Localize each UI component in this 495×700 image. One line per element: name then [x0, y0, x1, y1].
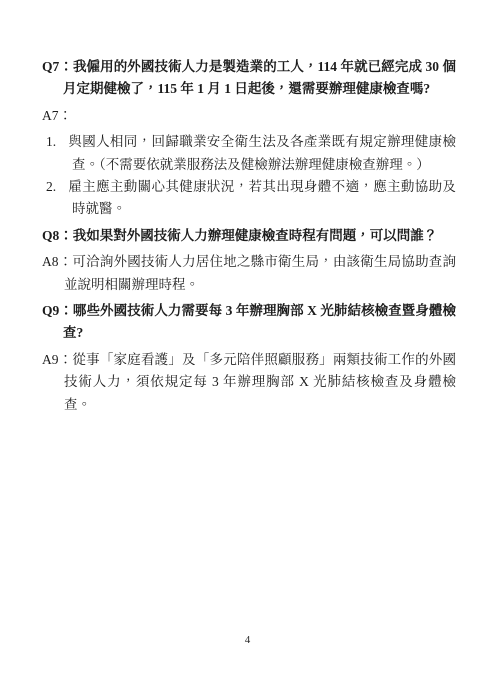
- qa-section-q7: Q7：我僱用的外國技術人力是製造業的工人，114 年就已經完成 30 個月定期健…: [42, 56, 456, 221]
- list-item-text: 雇主應主動關心其健康狀況，若其出現身體不適，應主動協助及時就醫。: [68, 179, 456, 216]
- answer-paragraph-a7: A7：: [42, 105, 456, 127]
- qa-section-q9: Q9：哪些外國技術人力需要每 3 年辦理胸部 X 光肺結核檢查暨身體檢查? A9…: [42, 300, 456, 416]
- page-content: Q7：我僱用的外國技術人力是製造業的工人，114 年就已經完成 30 個月定期健…: [42, 56, 456, 420]
- qa-section-q8: Q8：我如果對外國技術人力辦理健康檢查時程有問題，可以問誰？ A8：可洽詢外國技…: [42, 225, 456, 296]
- list-item: 1.與國人相同，回歸職業安全衛生法及各產業既有規定辦理健康檢查。（不需要依就業服…: [46, 131, 456, 176]
- answer-label-a7: A7：: [42, 108, 72, 123]
- answer-paragraph-a8: A8：可洽詢外國技術人力居住地之縣市衛生局，由該衛生局協助查詢並說明相關辦理時程…: [42, 251, 456, 296]
- page-number: 4: [0, 634, 495, 646]
- question-paragraph-q9: Q9：哪些外國技術人力需要每 3 年辦理胸部 X 光肺結核檢查暨身體檢查?: [42, 300, 456, 345]
- question-text-q8: 我如果對外國技術人力辦理健康檢查時程有問題，可以問誰？: [73, 228, 438, 243]
- question-label-q9: Q9：: [42, 303, 73, 318]
- answer-text-a8: 可洽詢外國技術人力居住地之縣市衛生局，由該衛生局協助查詢並說明相關辦理時程。: [64, 254, 456, 291]
- list-item-marker: 2.: [46, 176, 68, 198]
- question-text-q9: 哪些外國技術人力需要每 3 年辦理胸部 X 光肺結核檢查暨身體檢查?: [63, 303, 456, 340]
- question-label-q7: Q7：: [42, 59, 73, 74]
- list-item: 2.雇主應主動關心其健康狀況，若其出現身體不適，應主動協助及時就醫。: [46, 176, 456, 221]
- question-paragraph-q7: Q7：我僱用的外國技術人力是製造業的工人，114 年就已經完成 30 個月定期健…: [42, 56, 456, 101]
- question-text-q7: 我僱用的外國技術人力是製造業的工人，114 年就已經完成 30 個月定期健檢了，…: [63, 59, 456, 96]
- question-label-q8: Q8：: [42, 228, 73, 243]
- question-paragraph-q8: Q8：我如果對外國技術人力辦理健康檢查時程有問題，可以問誰？: [42, 225, 456, 247]
- document-page: Q7：我僱用的外國技術人力是製造業的工人，114 年就已經完成 30 個月定期健…: [0, 0, 495, 700]
- list-item-marker: 1.: [46, 131, 68, 153]
- answer-label-a9: A9：: [42, 352, 72, 367]
- answer-label-a8: A8：: [42, 254, 72, 269]
- answer-paragraph-a9: A9：從事「家庭看護」及「多元陪伴照顧服務」兩類技術工作的外國技術人力，須依規定…: [42, 349, 456, 416]
- list-item-text: 與國人相同，回歸職業安全衛生法及各產業既有規定辦理健康檢查。（不需要依就業服務法…: [68, 134, 456, 171]
- answer-list-a7: 1.與國人相同，回歸職業安全衛生法及各產業既有規定辦理健康檢查。（不需要依就業服…: [42, 131, 456, 221]
- answer-text-a9: 從事「家庭看護」及「多元陪伴照顧服務」兩類技術工作的外國技術人力，須依規定每 3…: [64, 352, 456, 412]
